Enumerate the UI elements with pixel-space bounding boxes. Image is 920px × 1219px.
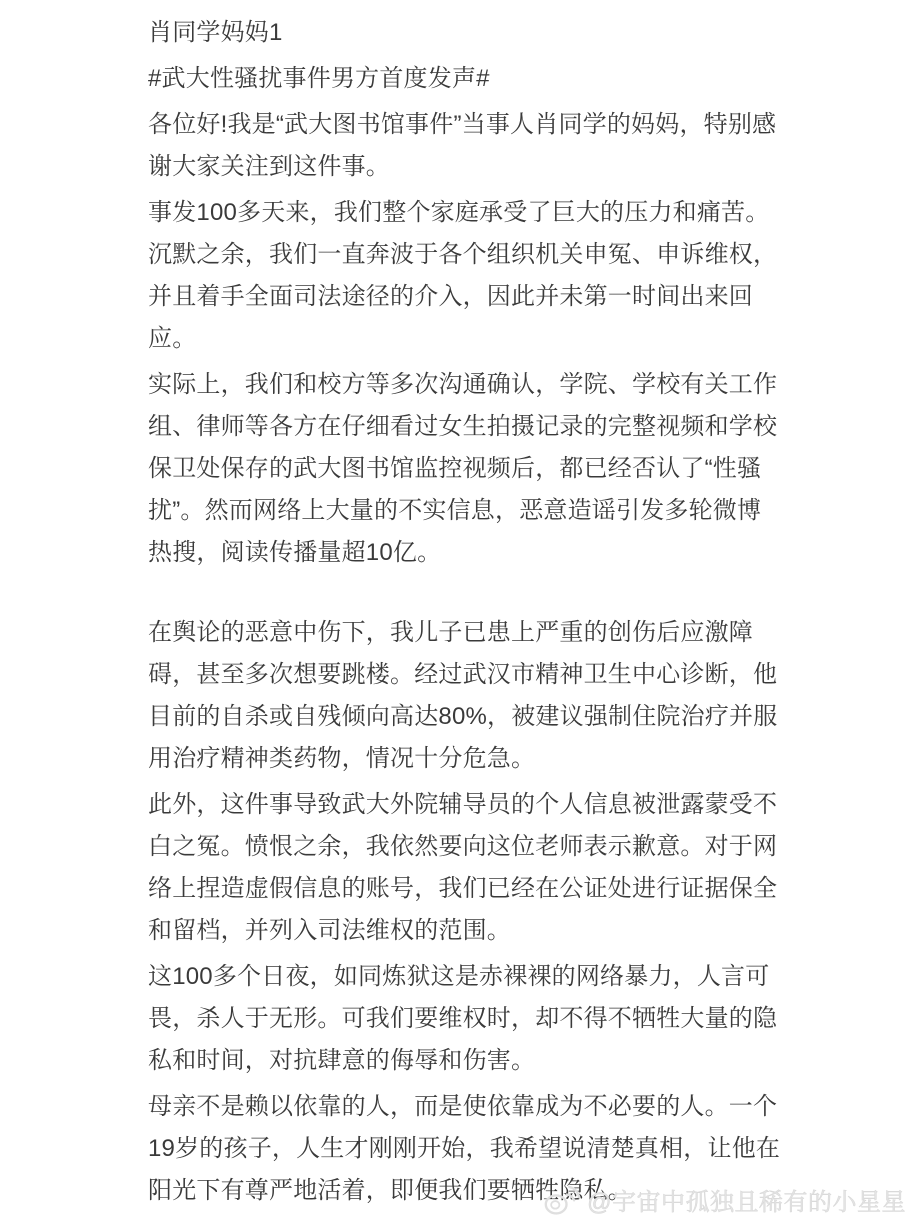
post-screenshot: 肖同学妈妈1#武大性骚扰事件男方首度发声#各位好!我是“武大图书馆事件”当事人肖… [0,0,920,1219]
weibo-logo-icon [542,1181,582,1217]
paragraph: 事发100多天来，我们整个家庭承受了巨大的压力和痛苦。沉默之余，我们一直奔波于各… [148,192,782,360]
paragraph: 这100多个日夜，如同炼狱这是赤裸裸的网络暴力，人言可畏，杀人于无形。可我们要维… [148,956,782,1082]
post-title: 肖同学妈妈1 [148,12,782,54]
post-hashtag: #武大性骚扰事件男方首度发声# [148,58,782,100]
paragraph: 实际上，我们和校方等多次沟通确认，学院、学校有关工作组、律师等各方在仔细看过女生… [148,364,782,574]
paragraph: 在舆论的恶意中伤下，我儿子已患上严重的创伤后应激障碍，甚至多次想要跳楼。经过武汉… [148,612,782,780]
post-body: 肖同学妈妈1#武大性骚扰事件男方首度发声#各位好!我是“武大图书馆事件”当事人肖… [148,12,782,1216]
paragraph: 此外，这件事导致武大外院辅导员的个人信息被泄露蒙受不白之冤。愤恨之余，我依然要向… [148,784,782,952]
paragraph: 各位好!我是“武大图书馆事件”当事人肖同学的妈妈，特别感谢大家关注到这件事。 [148,104,782,188]
watermark-handle: @宇宙中孤独且稀有的小星星 [587,1182,906,1217]
watermark: @宇宙中孤独且稀有的小星星 [542,1181,906,1217]
